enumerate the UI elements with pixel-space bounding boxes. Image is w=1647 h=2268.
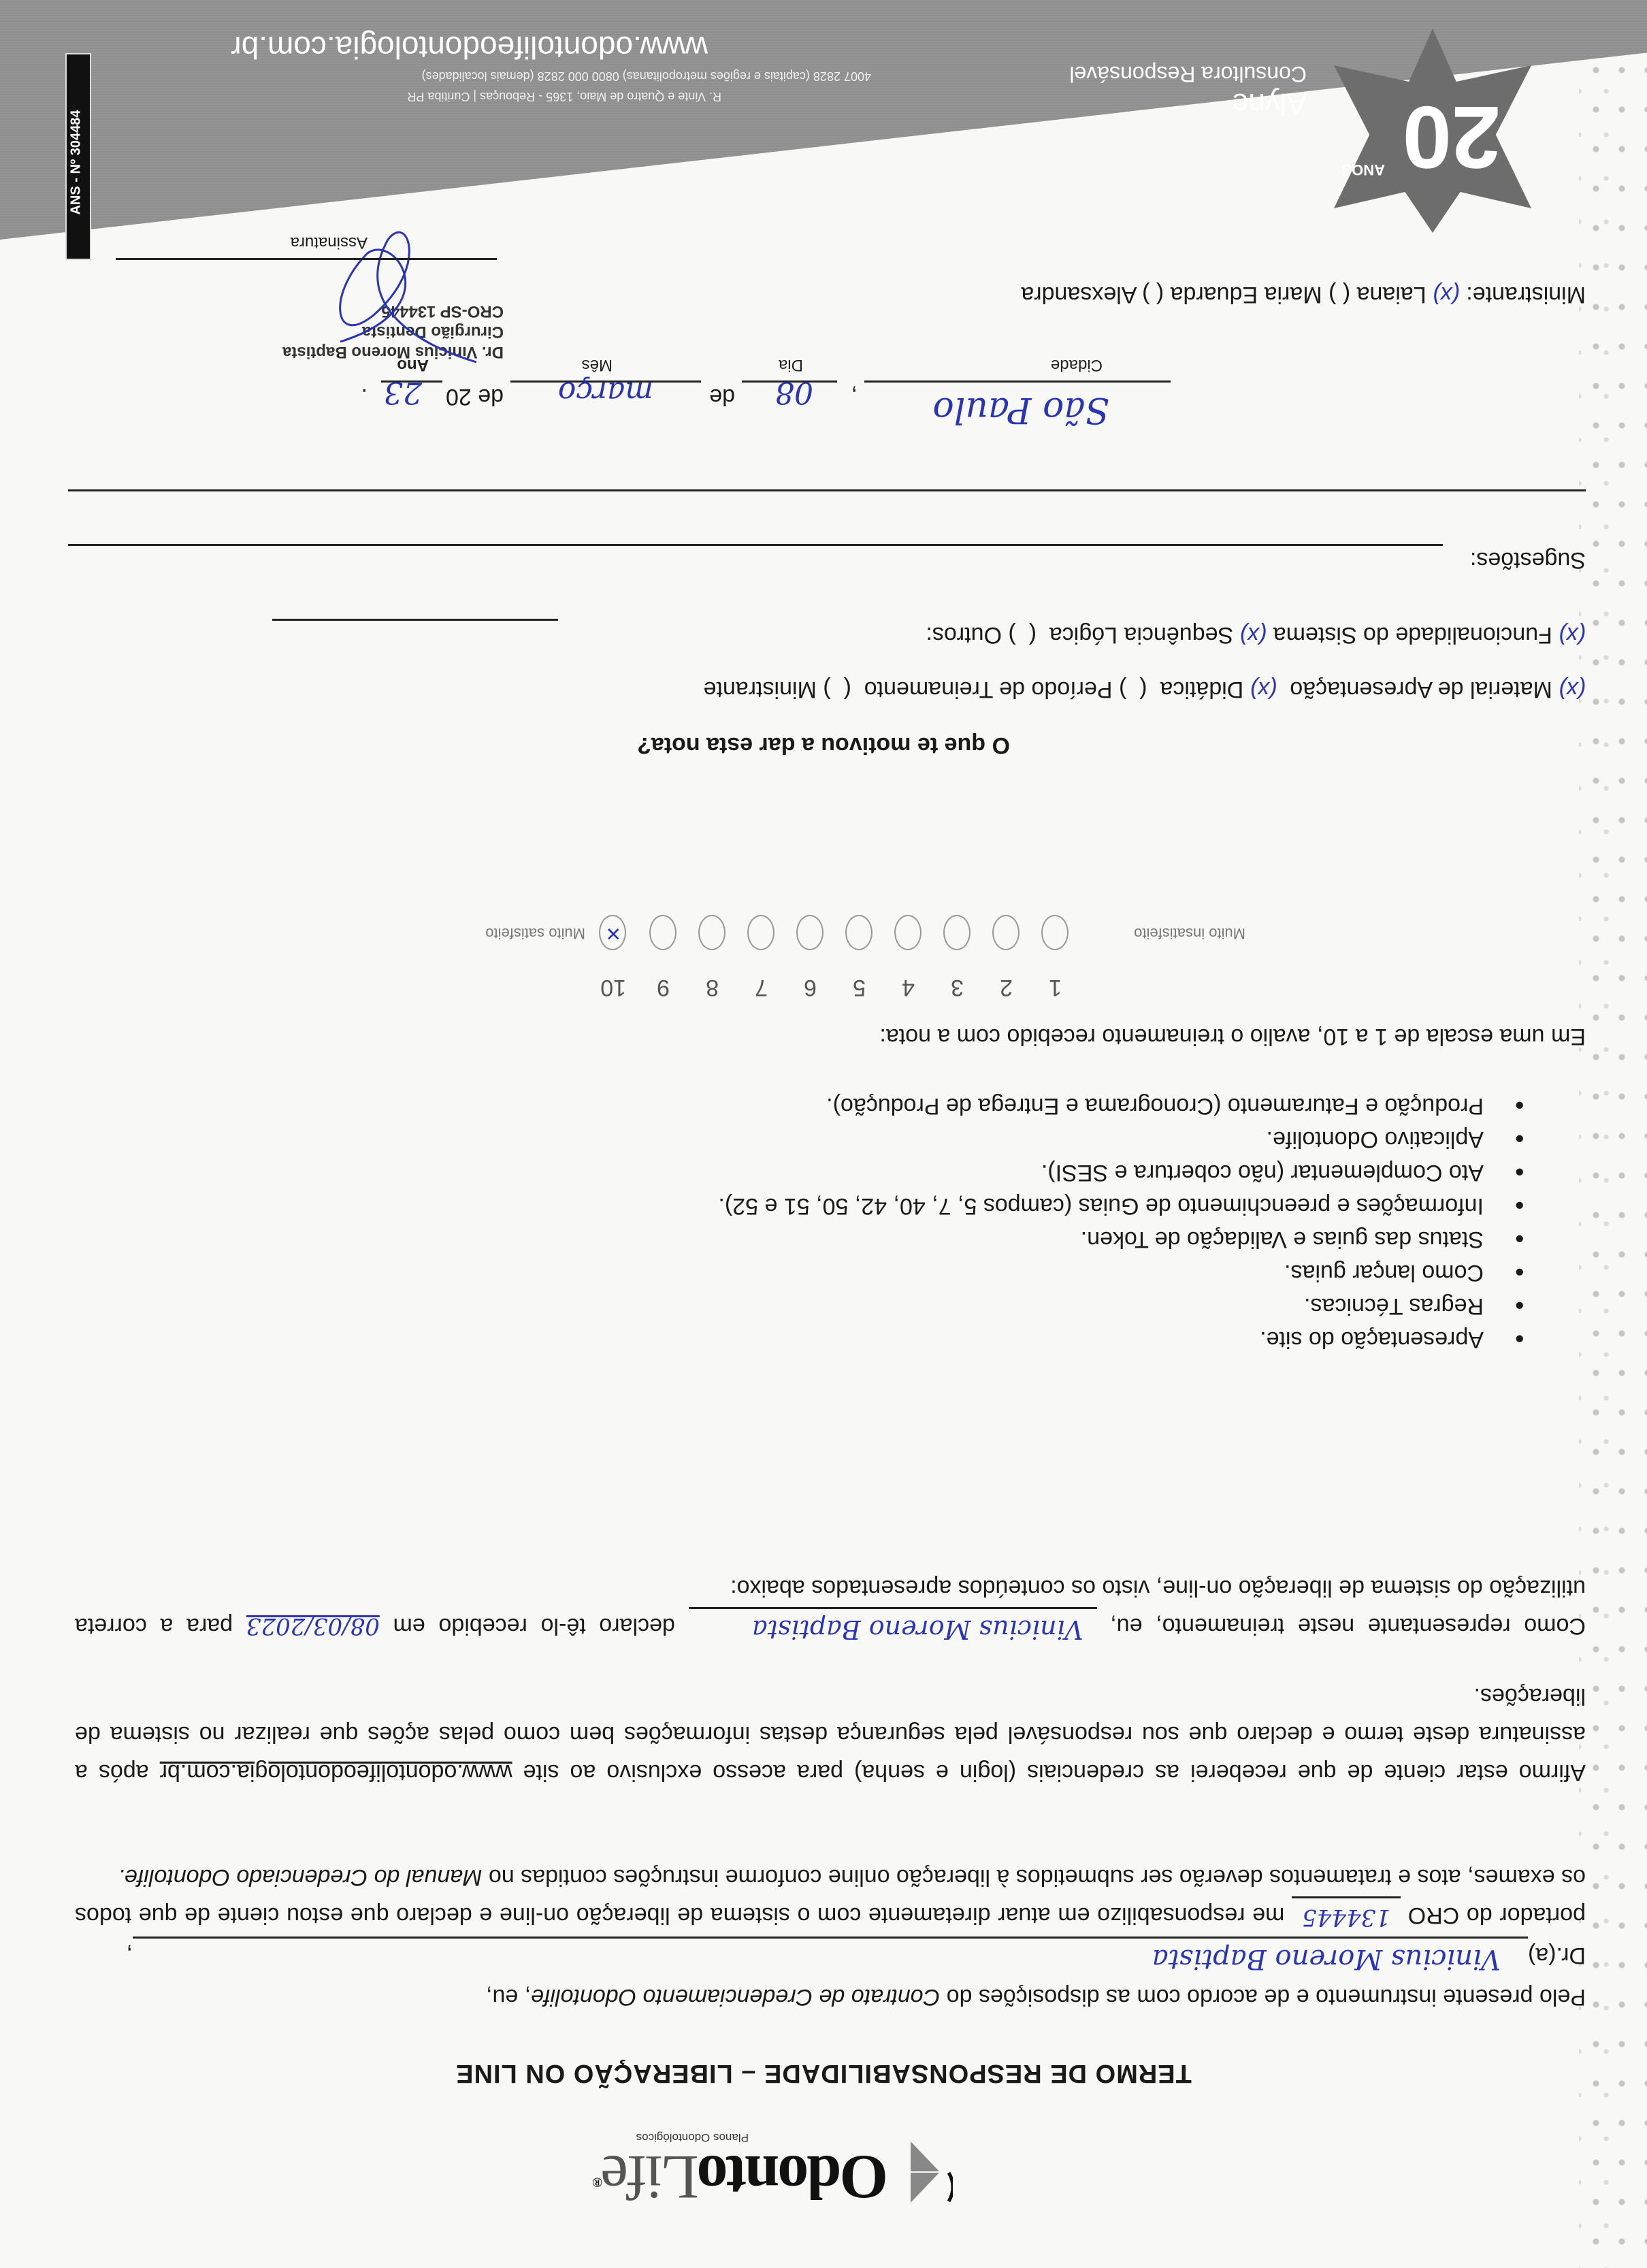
ministrante-option: Laiana (1357, 282, 1426, 308)
topic-item: Aplicativo Odontolife. (718, 1122, 1484, 1156)
option-label: Funcionalidade do Sistema (1273, 622, 1552, 648)
scale-number: 9 (657, 974, 670, 1001)
suggestions-line-1[interactable] (68, 544, 1443, 546)
checkbox-didatica[interactable]: (x) (1250, 677, 1277, 702)
rating-radio-7[interactable] (747, 915, 774, 950)
ministrante-option: Alexsandra (1021, 282, 1137, 308)
city-handwritten: São Paulo (932, 389, 1109, 430)
site-link[interactable]: www.odontolifeodontologia.com.br (160, 1760, 512, 1785)
option-label: Outros: (926, 622, 1001, 648)
credentials-paragraph: Afirmo estar ciente de que receberei as … (75, 1677, 1586, 1792)
badge-number: 20 (1402, 93, 1501, 182)
intro-text: Pelo presente instrumento e de acordo co… (940, 1984, 1586, 2010)
contract-name: Contrato de Credenciamento Odontolife (531, 1984, 940, 2010)
city-line[interactable] (864, 380, 1171, 383)
checkbox-periodo[interactable]: ( ) (1119, 677, 1147, 702)
ministrante-option: Maria Eduarda (1171, 282, 1322, 308)
scale-number: 5 (853, 974, 866, 1001)
ans-registration-badge: ANS - Nº 304484 (65, 53, 91, 260)
signature-line[interactable] (116, 258, 497, 260)
suggestions-line-2[interactable] (68, 489, 1586, 491)
suggestions-label: Sugestões: (1470, 547, 1586, 573)
month-handwritten: março (558, 375, 653, 410)
topic-item: Produção e Faturamento (Cronograma e Ent… (718, 1089, 1484, 1122)
representative-paragraph: Como representante neste treinamento, eu… (75, 1569, 1586, 1649)
intro-paragraph: Pelo presente instrumento e de acordo co… (75, 1858, 1586, 2016)
rating-radio-4[interactable] (894, 915, 922, 950)
de-20-label: de 20 (446, 383, 504, 410)
topic-item: Ato Complementar (não cobertura e SESI). (718, 1156, 1484, 1189)
rating-radio-6[interactable] (796, 915, 823, 950)
ans-number: ANS - Nº 304484 (69, 67, 84, 258)
topic-item: Informações e preenchimento de Guias (ca… (718, 1189, 1484, 1222)
de-label-1: de (709, 383, 735, 410)
logo-triangle-icon (905, 2139, 953, 2207)
ministrante-row: Ministrante: (x) Laiana ( ) Maria Eduard… (1021, 281, 1586, 308)
low-satisfaction-label: Muito insatisfeito (1134, 924, 1245, 942)
checkbox-sequencia[interactable]: (x) (1240, 622, 1267, 648)
high-satisfaction-label: Muito satisfeito (485, 924, 585, 942)
checkbox-funcionalidade[interactable]: (x) (1559, 622, 1586, 648)
rating-radio-3[interactable] (943, 915, 971, 950)
ministrante-checkbox-maria-eduarda[interactable]: ( ) (1328, 282, 1350, 308)
scale-number: 3 (951, 974, 964, 1001)
footer-phones: 4007 2828 (capitais e regiões metropolit… (422, 69, 871, 83)
ministrante-checkbox-laiana[interactable]: (x) (1433, 282, 1460, 308)
topic-item: Status das guias e Validação de Token. (718, 1222, 1484, 1256)
month-label: Mês (582, 355, 613, 374)
brand-name-life: Life (602, 2143, 698, 2212)
rating-radio-8[interactable] (698, 915, 725, 950)
dr-name-handwritten: Vinicius Moreno Baptista (1152, 1943, 1501, 1975)
rating-radio-5[interactable] (845, 915, 873, 950)
rating-radio-10[interactable] (599, 915, 626, 950)
motivation-options-row-2: (x) Funcionalidade do Sistema (x) Sequên… (926, 621, 1586, 648)
footer-website[interactable]: www.odontolifeodontologia.com.br (231, 29, 708, 66)
motivation-options-row-1: (x) Material de Apresentação (x) Didátic… (704, 676, 1586, 702)
comma: , (851, 383, 858, 410)
cro-handwritten: 134445 (1302, 1904, 1390, 1931)
topic-item: Apresentação do site. (718, 1323, 1484, 1356)
dr-label: Dr.(a) (1528, 1943, 1586, 1969)
odontolife-logo: OdontoLife® Planos Odontológicos (544, 2125, 953, 2220)
topic-item: Como lançar guias. (718, 1256, 1484, 1289)
manual-name: Manual do Credenciado Odontolife. (118, 1864, 483, 1890)
scale-number: 10 (600, 974, 626, 1001)
cro-label: portador do CRO (1401, 1902, 1586, 1928)
day-label: Dia (779, 355, 803, 374)
motivation-heading: O que te motivou a dar esta nota? (0, 732, 1647, 758)
topics-list: Apresentação do site. Regras Técnicas. C… (718, 1089, 1484, 1356)
brand-tagline: Planos Odontológicos (636, 2131, 749, 2144)
city-label: Cidade (1051, 355, 1103, 374)
dr-name-field[interactable]: Vinicius Moreno Baptista (133, 1937, 1528, 1978)
ministrante-label: Ministrante: (1466, 282, 1586, 308)
scale-number: 6 (804, 974, 817, 1001)
scale-number: 4 (902, 974, 915, 1001)
rating-radio-9[interactable] (649, 915, 676, 950)
scale-number: 2 (1000, 974, 1013, 1001)
document-page: OdontoLife® Planos Odontológicos TERMO D… (0, 0, 1647, 2268)
footer-address: R. Vinte e Quatro de Maio, 1365 - Rebouç… (407, 89, 721, 103)
outros-input-line[interactable] (272, 619, 558, 621)
rep-name-handwritten: Vinicius Moreno Baptista (752, 1615, 1083, 1645)
option-label: Material de Apresentação (1290, 677, 1552, 702)
checkbox-ministrante[interactable]: ( ) (823, 677, 851, 702)
rating-radio-2[interactable] (992, 915, 1020, 950)
rep-name-field[interactable]: Vinicius Moreno Baptista (689, 1607, 1097, 1649)
badge-text: ANOS (1341, 161, 1385, 178)
rep-text: Como representante neste treinamento, eu… (1097, 1613, 1586, 1639)
consultant-role: Consultora Responsável (1069, 61, 1307, 86)
rating-question: Em uma escala de 1 a 10, avalio o treina… (879, 1023, 1586, 1050)
topic-item: Regras Técnicas. (718, 1289, 1484, 1323)
year-handwritten: 23 (384, 375, 422, 410)
scale-number: 7 (755, 974, 768, 1001)
ministrante-checkbox-alexsandra[interactable]: ( ) (1142, 282, 1164, 308)
option-label: Didática (1160, 677, 1243, 702)
checkbox-outros[interactable]: ( ) (1008, 622, 1037, 648)
option-label: Ministrante (704, 677, 817, 702)
registered-mark: ® (594, 2175, 602, 2190)
intro-text-end: , eu, (486, 1984, 531, 2010)
rating-radio-1[interactable] (1041, 915, 1069, 950)
scale-number: 8 (706, 974, 719, 1001)
document-title: TERMO DE RESPONSABILIDADE – LIBERAÇÃO ON… (0, 2058, 1647, 2088)
rep-date-handwritten[interactable]: 08/03/2023 (246, 1613, 380, 1640)
credentials-text: Afirmo estar ciente de que receberei as … (512, 1760, 1586, 1785)
option-label: Período de Treinamento (864, 677, 1113, 702)
checkbox-material[interactable]: (x) (1559, 677, 1586, 702)
day-handwritten: 08 (775, 375, 813, 410)
date-end: . (361, 383, 368, 410)
scale-number: 1 (1049, 974, 1062, 1001)
consultant-name: Alyne (1232, 86, 1307, 120)
rep-text-mid: declaro tê-lo recebido em (380, 1613, 689, 1639)
option-label: Sequência Lógica (1049, 622, 1233, 648)
cro-field[interactable]: 134445 (1292, 1896, 1401, 1937)
brand-name-odonto: Odonto (698, 2143, 888, 2212)
